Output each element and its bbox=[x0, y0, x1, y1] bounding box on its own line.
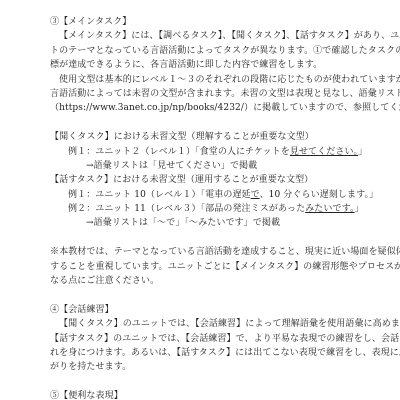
spacer bbox=[50, 375, 352, 389]
remark-line: ※本教材では、テーマとなっている言語活動を達成すること、現実に近い場面を疑似体験 bbox=[50, 245, 352, 259]
vocab-list-url-line: （https://www.3anet.co.jp/np/books/4232/）… bbox=[50, 101, 352, 115]
spacer bbox=[50, 288, 352, 302]
example-text: 」 bbox=[355, 204, 364, 214]
listen-note: →語彙リストは「見せてください」で掲載 bbox=[50, 159, 352, 173]
paragraph-line: トのテーマとなっている言語活動によってタスクが異なります。①で確認したタスクの目 bbox=[50, 44, 352, 58]
paragraph-line: 【メインタスク】には、【調べるタスク】、【聞くタスク】、【話すタスク】があり、ユ… bbox=[50, 29, 352, 43]
example-text: 例１：ユニット２（レベル１）「食堂の人にチケットを bbox=[68, 147, 290, 157]
paragraph-line: がりを持たせます。 bbox=[50, 360, 352, 374]
remark-line: なる点にご注意ください。 bbox=[50, 274, 352, 288]
paragraph-line: 【話すタスク】のユニットでは、【会話練習】で、より平易な表現での練習をし、会話の… bbox=[50, 332, 352, 346]
speak-task-grammar-title: 【話すタスク】における未習文型（運用することが重要な文型） bbox=[50, 173, 352, 187]
speak-example-2: 例２：ユニット 11（レベル３）「部品の発注ミスがあったみたいです。」 bbox=[50, 202, 352, 216]
remark-line: することを重視しています。ユニットごとに【メインタスク】の練習形態やプロセスが異 bbox=[50, 260, 352, 274]
listen-example-1: 例１：ユニット２（レベル１）「食堂の人にチケットを見せてください。」 bbox=[50, 145, 352, 159]
paragraph-line: 言語活動によっては未習の文型が含まれます。未習の文型は表現と見なし、語彙リスト bbox=[50, 87, 352, 101]
paragraph-line: 標が達成できるように、各言語活動に即した内容で練習をします。 bbox=[50, 58, 352, 72]
section-heading-useful-expressions: ⑤【便利な表現】 bbox=[50, 389, 352, 400]
paragraph-line: 【聞くタスク】のユニットでは、【会話練習】によって理解語彙を使用語彙に高めます。 bbox=[50, 317, 352, 331]
paragraph-line: 使用文型は基本的にレベル１～３のそれぞれの段階に応じたものが使われていますが、 bbox=[50, 73, 352, 87]
example-text: 例２：ユニット 11（レベル３）「部品の発注ミスがあった bbox=[68, 204, 305, 214]
paragraph-line: れを身につけます。あるいは、【話すタスク】には出てこない表現で練習をし、表現に広 bbox=[50, 346, 352, 360]
example-text: 、10 分ぐらい遅刻します。」 bbox=[260, 190, 379, 200]
example-text: 例１：ユニット 10（レベル１）「電車の遅延 bbox=[68, 190, 251, 200]
spacer bbox=[50, 231, 352, 245]
document-page: ③【メインタスク】 【メインタスク】には、【調べるタスク】、【聞くタスク】、【話… bbox=[50, 15, 352, 400]
spacer bbox=[50, 116, 352, 130]
speak-note: →語彙リストは「～で」「～みたいです」で掲載 bbox=[50, 216, 352, 230]
section-heading-main-task: ③【メインタスク】 bbox=[50, 15, 352, 29]
example-text: 」 bbox=[358, 147, 367, 157]
underlined-grammar: みたいです。 bbox=[305, 204, 354, 214]
underlined-grammar: で bbox=[251, 190, 260, 200]
listen-task-grammar-title: 【聞くタスク】における未習文型（理解することが重要な文型） bbox=[50, 130, 352, 144]
speak-example-1: 例１：ユニット 10（レベル１）「電車の遅延で、10 分ぐらい遅刻します。」 bbox=[50, 188, 352, 202]
underlined-grammar: 見せてください。 bbox=[290, 147, 358, 157]
section-heading-conversation-practice: ④【会話練習】 bbox=[50, 303, 352, 317]
